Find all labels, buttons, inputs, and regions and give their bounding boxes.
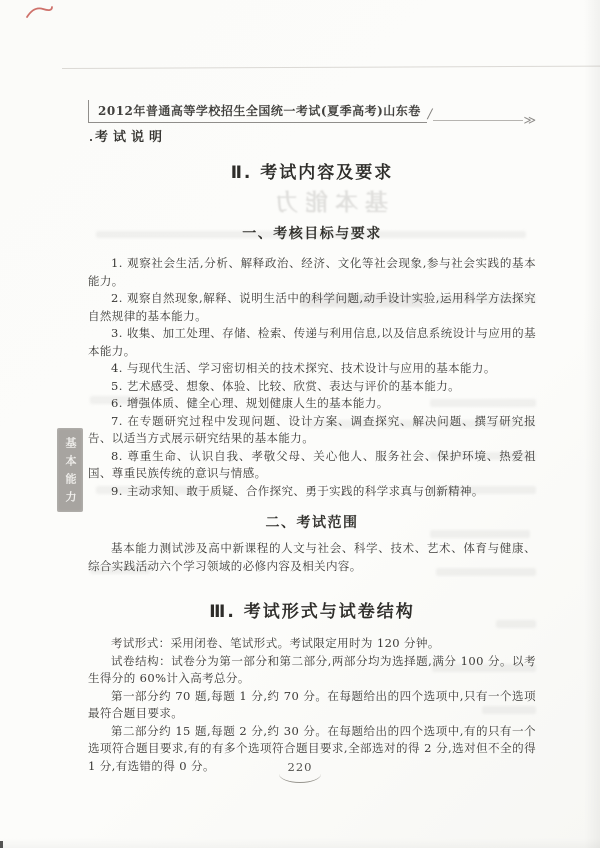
objective-item: 5. 艺术感受、想象、体验、比较、欣赏、表达与评价的基本能力。: [88, 378, 536, 396]
part3-title: Ⅲ. 考试形式与试卷结构: [88, 597, 536, 622]
paper-structure-paragraph: 试卷结构：试卷分为第一部分和第二部分,两部分均为选择题,满分 100 分。以考生…: [88, 653, 536, 688]
main-content: Ⅱ. 考试内容及要求 一、考核目标与要求 1. 观察社会生活,分析、解释政治、经…: [88, 158, 536, 775]
objectives-heading: 一、考核目标与要求: [88, 223, 536, 243]
objective-item: 2. 观察自然现象,解释、说明生活中的科学问题,动手设计实验,运用科学方法探究自…: [88, 290, 536, 325]
page-number-arc: [279, 774, 321, 783]
ink-dot-artifact: [90, 139, 92, 141]
part2-title: Ⅱ. 考试内容及要求: [88, 158, 536, 183]
scope-paragraph: 基本能力测试涉及高中新课程的人文与社会、科学、技术、艺术、体育与健康、综合实践活…: [88, 540, 536, 575]
objective-item: 4. 与现代生活、学习密切相关的技术探究、技术设计与应用的基本能力。: [88, 360, 536, 378]
exam-format-paragraph: 考试形式：采用闭卷、笔试形式。考试限定用时为 120 分钟。: [88, 635, 536, 653]
scan-edge-shadow: [584, 0, 600, 848]
objective-item: 8. 尊重生命、认识自我、孝敬父母、关心他人、服务社会、保护环境、热爱祖国、尊重…: [88, 448, 536, 483]
objective-item: 6. 增强体质、健全心理、规划健康人生的基本能力。: [88, 395, 536, 413]
scanned-page: 2012年普通高等学校招生全国统一考试(夏季高考)山东卷 / ≫ 考试说明 基本…: [0, 0, 600, 848]
page-footer: 220: [0, 760, 600, 783]
red-pen-mark: [24, 2, 54, 22]
objective-item: 9. 主动求知、敢于质疑、合作探究、勇于实践的科学求真与创新精神。: [88, 483, 536, 501]
objective-item: 1. 观察社会生活,分析、解释政治、经济、文化等社会现象,参与社会实践的基本能力…: [88, 255, 536, 290]
sidebar-tab-basic-ability: 基本能力: [57, 428, 83, 512]
exam-title: 2012年普通高等学校招生全国统一考试(夏季高考)山东卷: [88, 100, 427, 123]
page-edge-line: [62, 66, 600, 69]
scope-heading: 二、考试范围: [88, 512, 536, 532]
objective-item: 7. 在专题研究过程中发现问题、设计方案、调查探究、解决问题、撰写研究报告、以适…: [88, 413, 536, 448]
document-type-label: 考试说明: [95, 126, 167, 145]
scan-corner-mark: [0, 841, 3, 848]
header-rule-line: [433, 120, 523, 121]
slash-mark: /: [428, 107, 432, 122]
objectives-list: 1. 观察社会生活,分析、解释政治、经济、文化等社会现象,参与社会实践的基本能力…: [88, 255, 536, 500]
part3-paragraphs: 考试形式：采用闭卷、笔试形式。考试限定用时为 120 分钟。 试卷结构：试卷分为…: [88, 635, 536, 775]
chevron-right-icon: ≫: [523, 114, 536, 126]
page-number: 220: [0, 760, 600, 774]
scan-edge-shadow: [0, 838, 600, 848]
objective-item: 3. 收集、加工处理、存储、检索、传递与利用信息,以及信息系统设计与应用的基本能…: [88, 325, 536, 360]
part-one-paragraph: 第一部分约 70 题,每题 1 分,约 70 分。在每题给出的四个选项中,只有一…: [88, 688, 536, 723]
page-header: 2012年普通高等学校招生全国统一考试(夏季高考)山东卷 / ≫ 考试说明: [88, 100, 536, 145]
